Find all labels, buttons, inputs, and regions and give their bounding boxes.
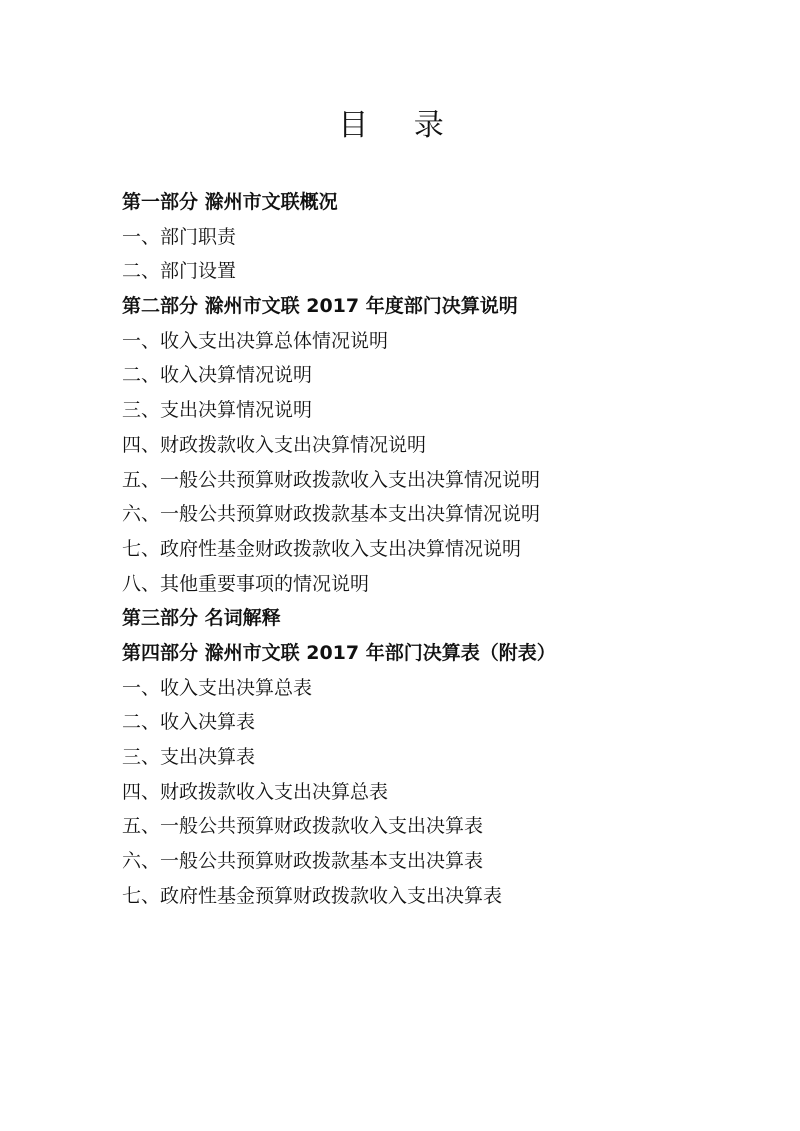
page-title: 目 录 [0,100,800,144]
toc-item: 七、政府性基金财政拨款收入支出决算情况说明 [122,536,722,571]
toc-item: 七、政府性基金预算财政拨款收入支出决算表 [122,883,722,918]
toc-item: 一、收入支出决算总体情况说明 [122,328,722,363]
toc-item: 五、一般公共预算财政拨款收入支出决算表 [122,813,722,848]
toc-item: 五、一般公共预算财政拨款收入支出决算情况说明 [122,467,722,502]
toc-item: 二、收入决算情况说明 [122,362,722,397]
toc-part-2: 第二部分 滁州市文联 2017 年度部门决算说明 [122,293,722,328]
toc-item: 三、支出决算表 [122,744,722,779]
toc-item: 四、财政拨款收入支出决算总表 [122,779,722,814]
toc-item: 八、其他重要事项的情况说明 [122,571,722,606]
toc-item: 一、部门职责 [122,224,722,259]
toc-part-1: 第一部分 滁州市文联概况 [122,189,722,224]
toc-item: 一、收入支出决算总表 [122,675,722,710]
toc-item: 六、一般公共预算财政拨款基本支出决算表 [122,848,722,883]
toc-item: 四、财政拨款收入支出决算情况说明 [122,432,722,467]
toc-item: 六、一般公共预算财政拨款基本支出决算情况说明 [122,501,722,536]
table-of-contents: 第一部分 滁州市文联概况 一、部门职责 二、部门设置 第二部分 滁州市文联 20… [122,189,722,917]
toc-part-4: 第四部分 滁州市文联 2017 年部门决算表（附表） [122,640,722,675]
toc-item: 二、收入决算表 [122,709,722,744]
toc-item: 三、支出决算情况说明 [122,397,722,432]
toc-item: 二、部门设置 [122,258,722,293]
toc-part-3: 第三部分 名词解释 [122,605,722,640]
